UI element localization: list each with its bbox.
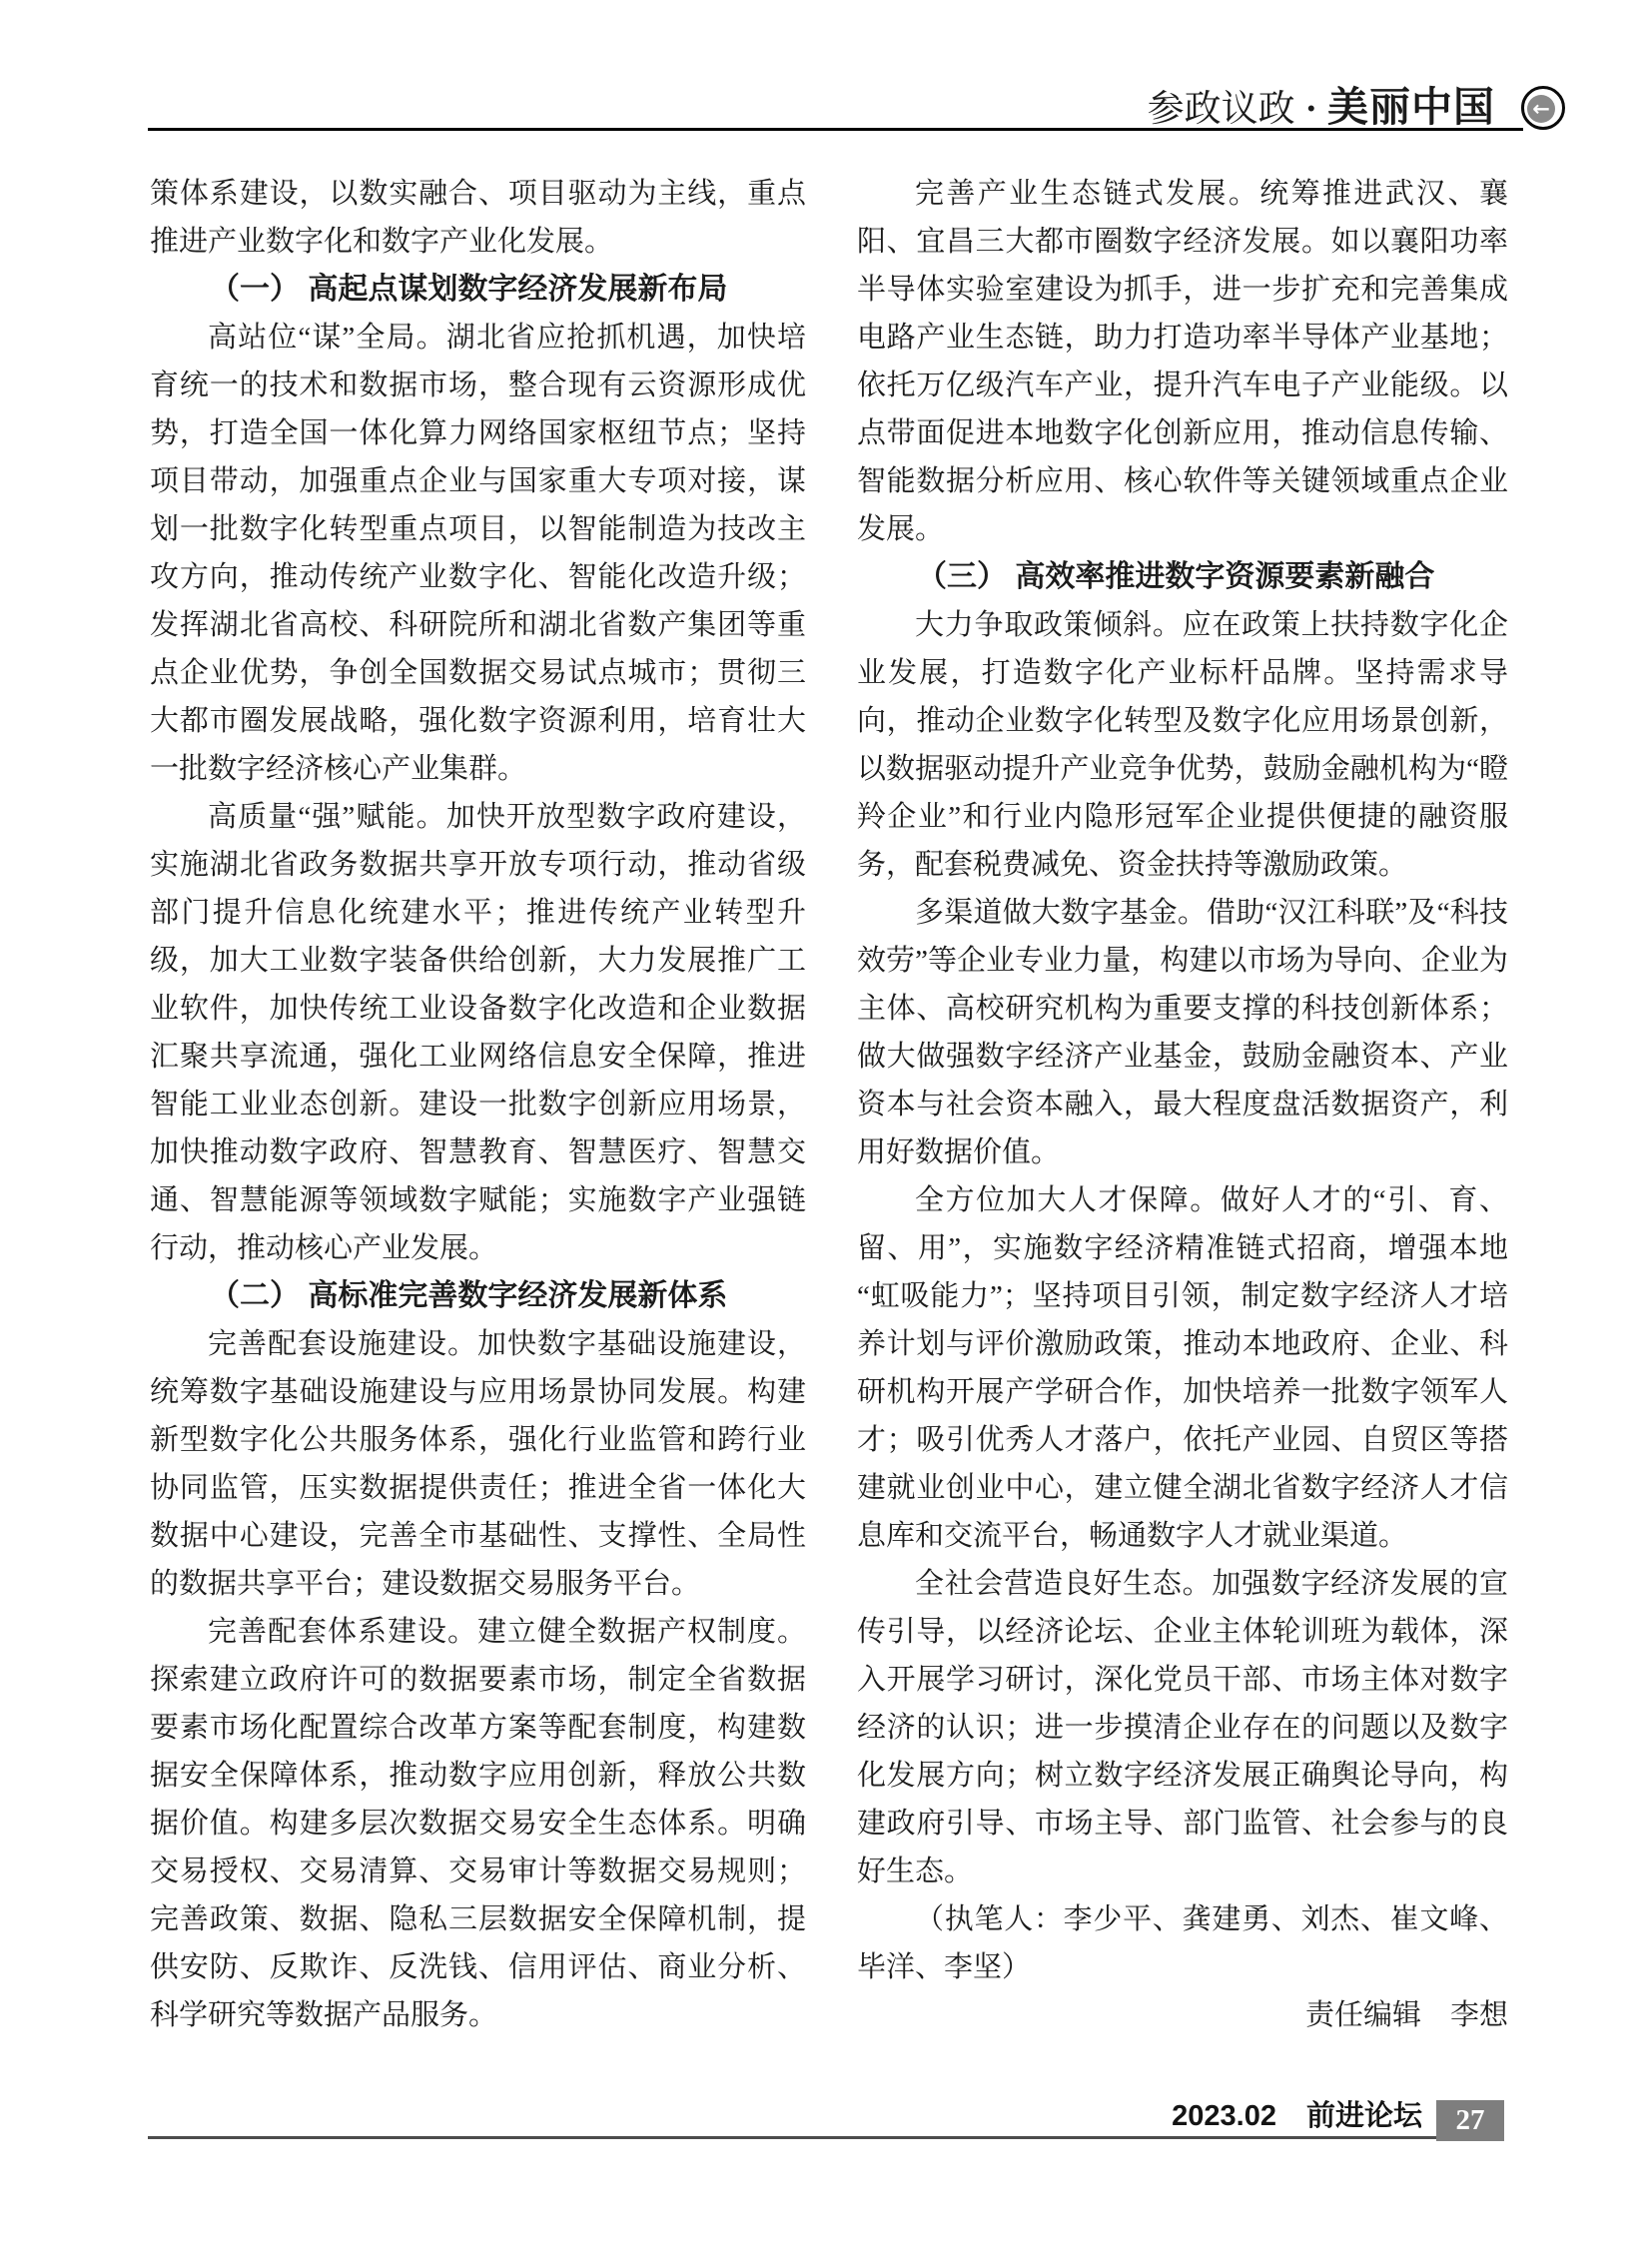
editor-line: 责任编辑 李想 [857,1991,1508,2039]
body-paragraph: 完善产业生态链式发展。统筹推进武汉、襄阳、宜昌三大都市圈数字经济发展。如以襄阳功… [857,170,1508,553]
footer-rule [148,2136,1436,2139]
body-paragraph: 多渠道做大数字基金。借助“汉江科联”及“科技效劳”等企业专业力量，构建以市场为导… [857,889,1508,1176]
header-rule [148,128,1523,131]
body-paragraph: 全社会营造良好生态。加强数字经济发展的宣传引导，以经济论坛、企业主体轮训班为载体… [857,1560,1508,1895]
body-paragraph: 高站位“谋”全局。湖北省应抢抓机遇，加快培育统一的技术和数据市场，整合现有云资源… [150,314,806,793]
column-right: 完善产业生态链式发展。统筹推进武汉、襄阳、宜昌三大都市圈数字经济发展。如以襄阳功… [857,170,1508,2039]
paragraph-continuation: 策体系建设，以数实融合、项目驱动为主线，重点推进产业数字化和数字产业化发展。 [150,170,806,266]
body-paragraph: 完善配套体系建设。建立健全数据产权制度。探索建立政府许可的数据要素市场，制定全省… [150,1608,806,2039]
byline-paragraph: （执笔人：李少平、龚建勇、刘杰、崔文峰、毕洋、李坚） [857,1895,1508,1991]
page-number-badge: 27 [1436,2100,1504,2141]
journal-title: 前进论坛 [1306,2099,1422,2133]
body-paragraph: 全方位加大人才保障。做好人才的“引、育、留、用”，实施数字经济精准链式招商，增强… [857,1176,1508,1560]
body-paragraph: 大力争取政策倾斜。应在政策上扶持数字化企业发展，打造数字化产业标杆品牌。坚持需求… [857,601,1508,889]
separator-dot: · [1305,88,1317,131]
page-header: 参政议政 · 美丽中国 [1148,74,1495,133]
section-title: 美丽中国 [1327,74,1495,133]
body-paragraph: 高质量“强”赋能。加快开放型数字政府建设，实施湖北省政务数据共享开放专项行动，推… [150,793,806,1272]
section-heading-1: （一） 高起点谋划数字经济发展新布局 [150,266,806,314]
column-left: 策体系建设，以数实融合、项目驱动为主线，重点推进产业数字化和数字产业化发展。 （… [150,170,806,2039]
back-arrow-icon: ← [1527,95,1555,123]
footer-text: 2023.02 前进论坛 [1172,2099,1422,2133]
section-heading-2: （二） 高标准完善数字经济发展新体系 [150,1272,806,1320]
body-paragraph: 完善配套设施建设。加快数字基础设施建设，统筹数字基础设施建设与应用场景协同发展。… [150,1320,806,1608]
magazine-page: 参政议政 · 美丽中国 ← 策体系建设，以数实融合、项目驱动为主线，重点推进产业… [0,0,1652,2241]
section-label: 参政议政 [1148,78,1295,132]
section-heading-3: （三） 高效率推进数字资源要素新融合 [857,553,1508,601]
issue-date: 2023.02 [1172,2099,1276,2133]
